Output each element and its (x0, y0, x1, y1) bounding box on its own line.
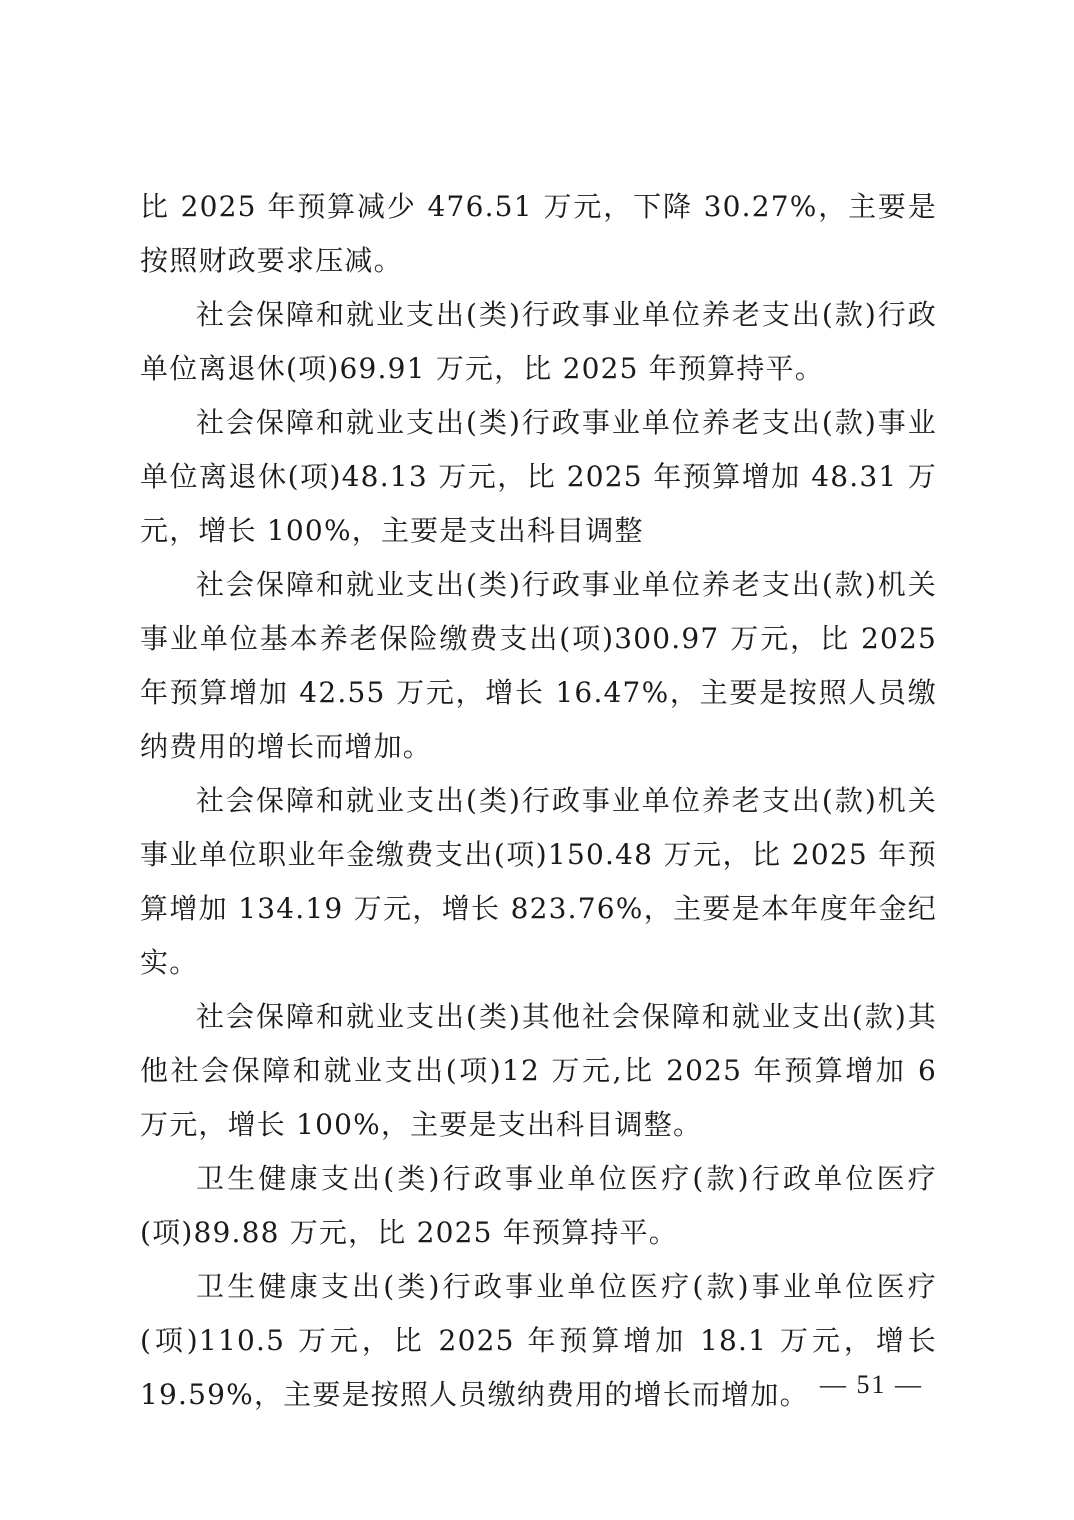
page-number: — 51 — (820, 1370, 923, 1400)
paragraph-occupational-annuity: 社会保障和就业支出(类)行政事业单位养老支出(款)机关事业单位职业年金缴费支出(… (140, 774, 937, 990)
paragraph-institution-medical: 卫生健康支出(类)行政事业单位医疗(款)事业单位医疗(项)110.5 万元，比 … (140, 1260, 937, 1422)
document-body: 比 2025 年预算减少 476.51 万元，下降 30.27%，主要是按照财政… (140, 180, 937, 1422)
paragraph-institution-retirement: 社会保障和就业支出(类)行政事业单位养老支出(款)事业单位离退休(项)48.13… (140, 396, 937, 558)
paragraph-admin-retirement: 社会保障和就业支出(类)行政事业单位养老支出(款)行政单位离退休(项)69.91… (140, 288, 937, 396)
paragraph-budget-reduction: 比 2025 年预算减少 476.51 万元，下降 30.27%，主要是按照财政… (140, 180, 937, 288)
paragraph-basic-pension-insurance: 社会保障和就业支出(类)行政事业单位养老支出(款)机关事业单位基本养老保险缴费支… (140, 558, 937, 774)
paragraph-admin-medical: 卫生健康支出(类)行政事业单位医疗(款)行政单位医疗(项)89.88 万元，比 … (140, 1152, 937, 1260)
paragraph-other-social-security: 社会保障和就业支出(类)其他社会保障和就业支出(款)其他社会保障和就业支出(项)… (140, 990, 937, 1152)
